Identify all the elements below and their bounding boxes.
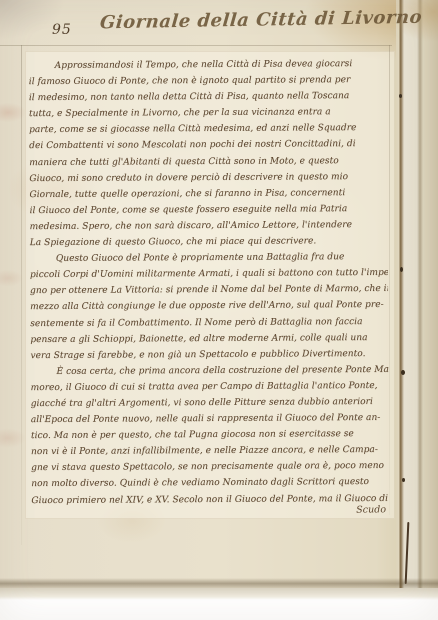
edge-speck: [399, 94, 402, 98]
manuscript-line: non molto diverso. Quindi è che vediamo …: [31, 474, 389, 492]
catchword: Scudo: [300, 504, 386, 516]
edge-speck: [401, 370, 405, 375]
header-rule: [0, 45, 392, 46]
manuscript-line: mezzo alla Città congiunge le due oppost…: [30, 297, 388, 315]
manuscript-line: medesima. Spero, che non sarà discaro, a…: [30, 217, 388, 235]
edge-speck: [400, 267, 403, 272]
manuscript-line: vera Strage si farebbe, e non già un Spe…: [30, 346, 388, 364]
manuscript-line: Giuoco, mi sono creduto in dovere perciò…: [29, 169, 387, 187]
manuscript-text-block: Approssimandosi il Tempo, che nella Citt…: [29, 56, 390, 510]
scan-background-bottom: [0, 588, 438, 600]
manuscript-photo: 95 Giornale della Città di Livorno Appro…: [0, 0, 438, 620]
margin-rule-right: [389, 45, 390, 515]
manuscript-line: il medesimo, non tanto nella detta Città…: [29, 88, 387, 106]
leaf-bottom-edge: [0, 578, 438, 588]
manuscript-line: pensare a gli Schioppi, Baionette, ed al…: [30, 329, 388, 347]
manuscript-line: sentemente si fa il Combattimento. Il No…: [30, 313, 388, 331]
book-fore-edge: [396, 0, 438, 592]
edge-speck: [402, 478, 405, 482]
manuscript-line: Giornale, tutte quelle operazioni, che s…: [29, 185, 387, 203]
page-number: 95: [52, 22, 72, 38]
manuscript-line: maniera che tutti gl'Abitanti di questa …: [29, 152, 387, 170]
manuscript-line: dei Combattenti vi sono Mescolati non po…: [29, 136, 387, 154]
margin-rule-left: [21, 45, 22, 545]
